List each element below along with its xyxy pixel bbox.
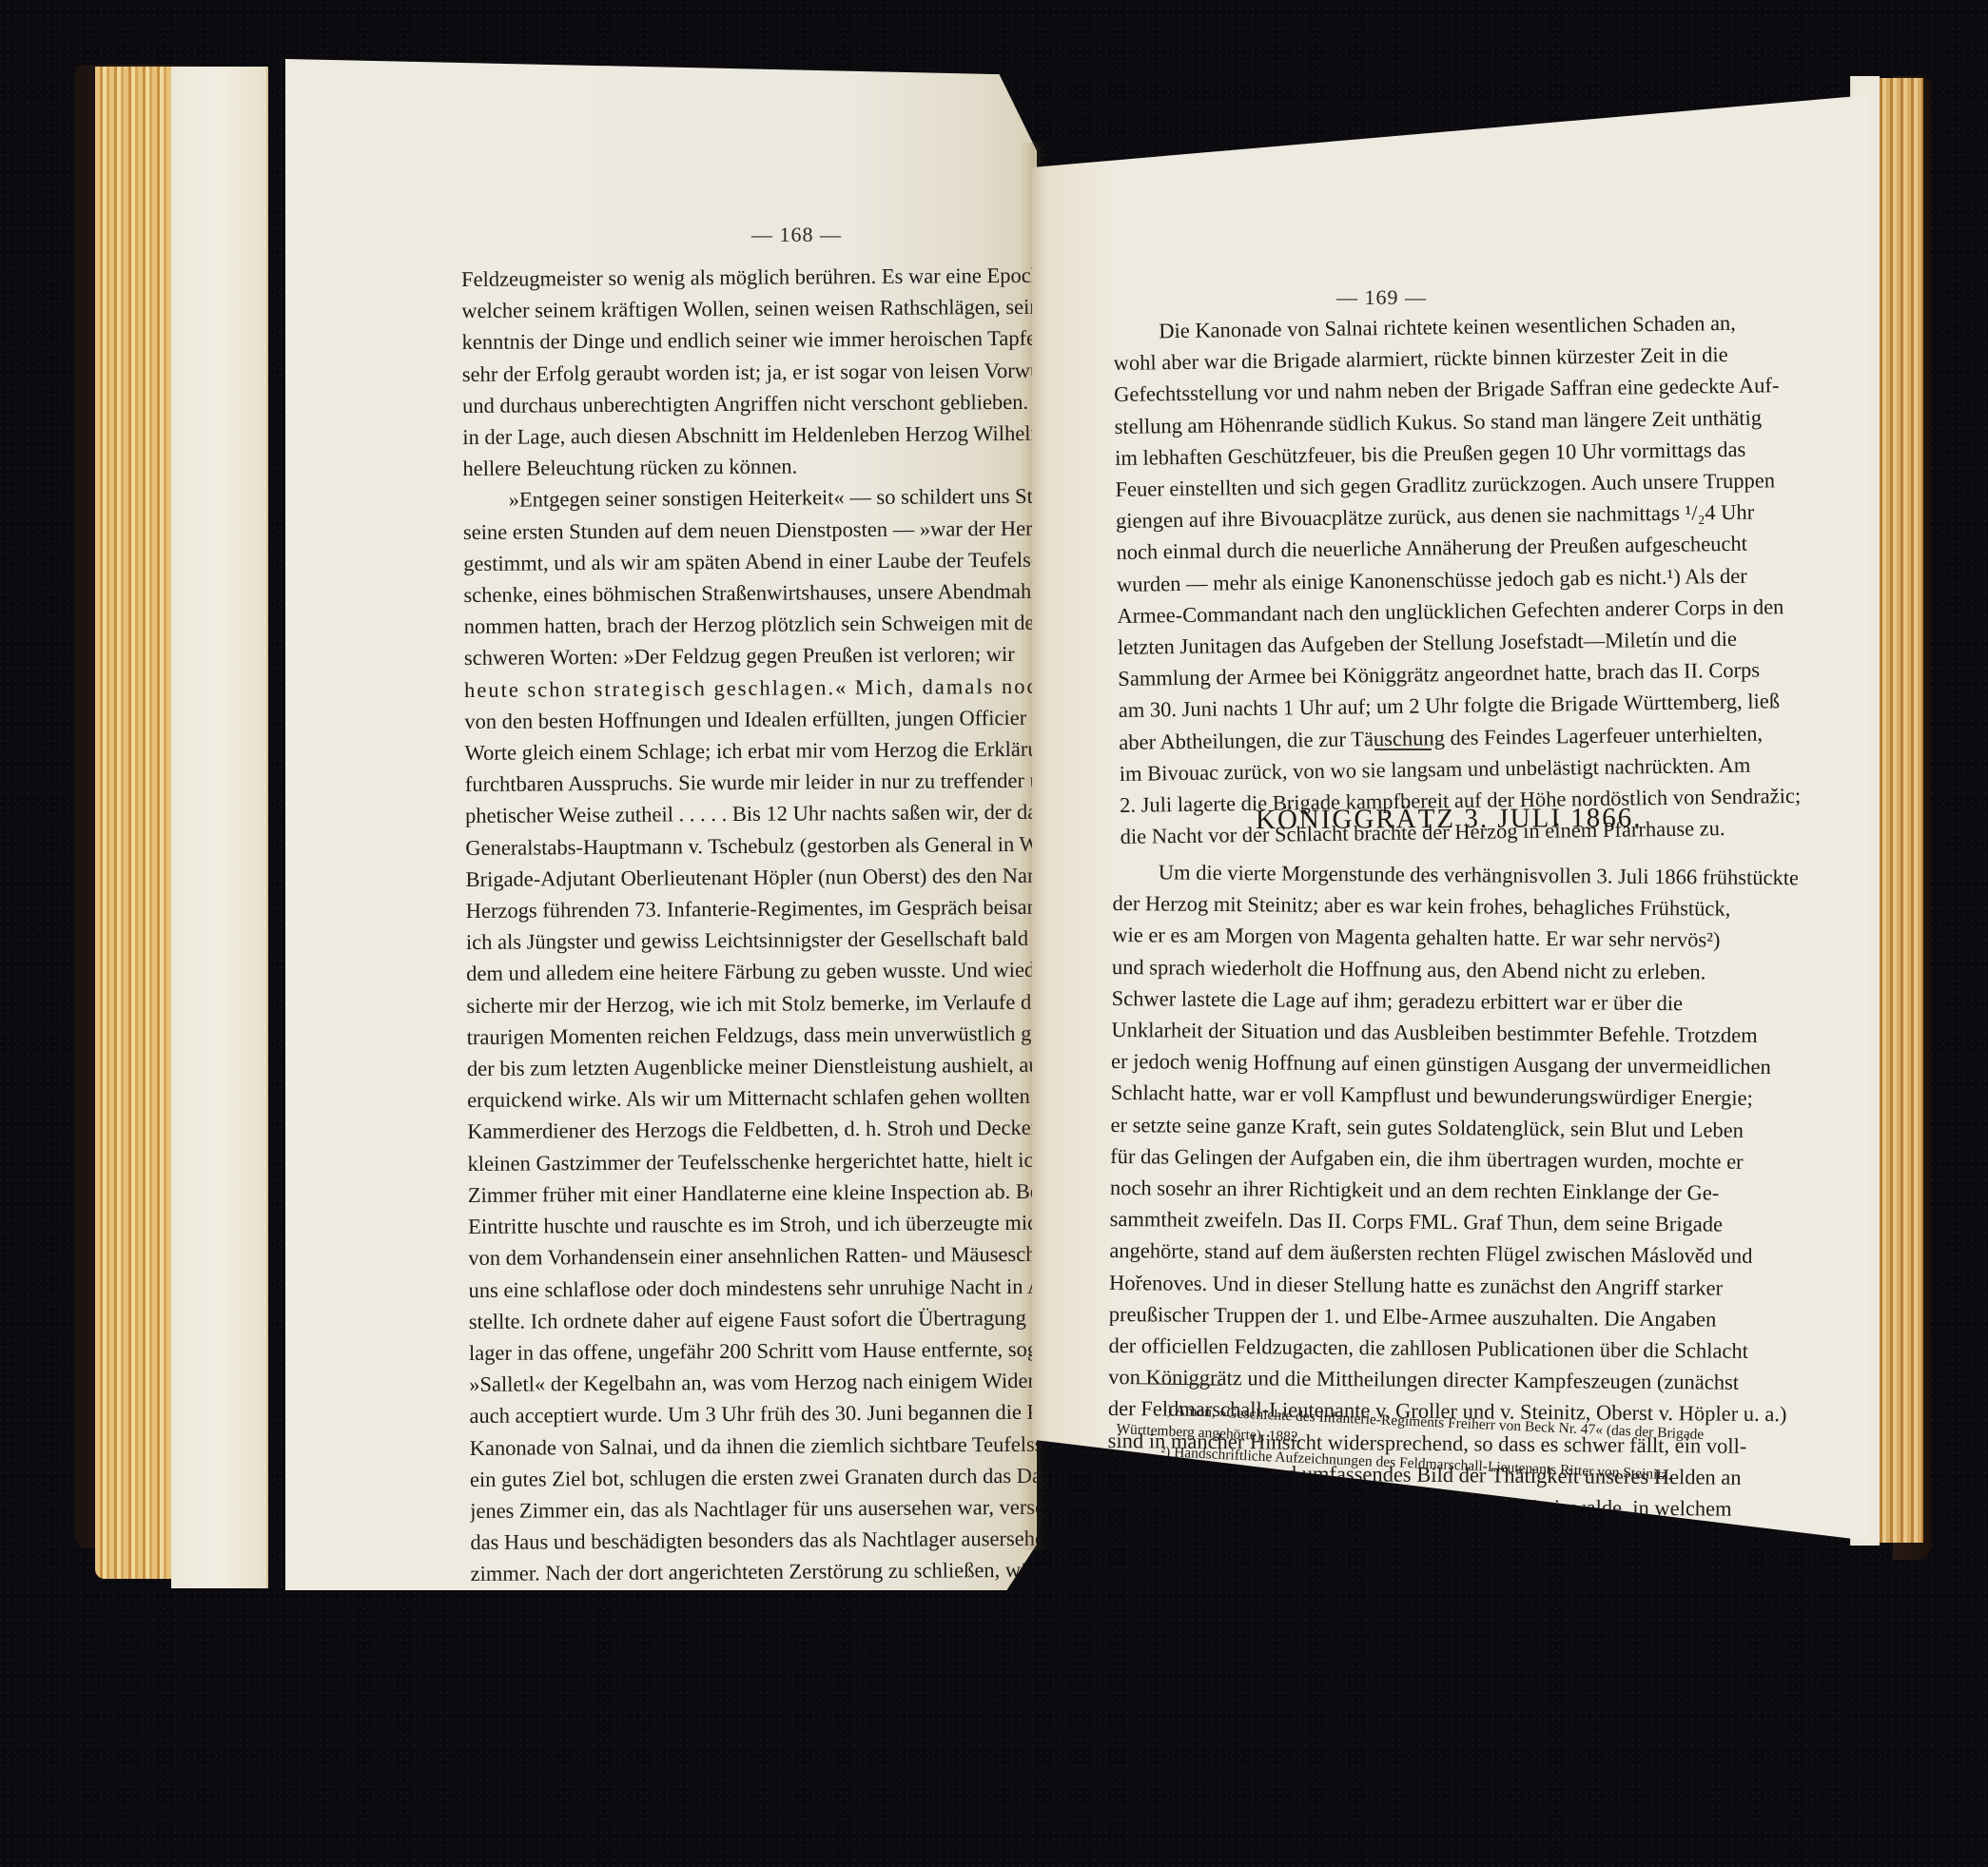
text-line: Eintritte huschte und rauschte es im Str… <box>468 1207 1037 1242</box>
text-line: heute schon strategisch geschlagen.« Mic… <box>464 670 1035 705</box>
text-line: ein gutes Ziel bot, schlugen die ersten … <box>470 1459 1037 1494</box>
text-line: phetischer Weise zutheil . . . . . Bis 1… <box>465 796 1036 831</box>
text-line: Brigade-Adjutant Oberlieutenant Höpler (… <box>465 860 1036 895</box>
text-line: das Haus und beschädigten besonders das … <box>470 1523 1037 1558</box>
text-line: schenke, eines böhmischen Straßenwirtsha… <box>463 575 1034 611</box>
text-line: hellere Beleuchtung rücken zu können. <box>462 449 1033 484</box>
text-line: zimmer. Nach der dort angerichteten Zers… <box>471 1554 1037 1589</box>
left-page-body: Feldzeugmeister so wenig als möglich ber… <box>461 260 1037 1590</box>
section-divider <box>1374 749 1432 750</box>
text-line: sicherte mir der Herzog, wie ich mit Sto… <box>466 985 1037 1021</box>
text-line: jenes Zimmer ein, das als Nachtlager für… <box>470 1491 1037 1527</box>
text-line: und durchaus unberechtigten Angriffen ni… <box>462 386 1033 421</box>
text-line: sehr der Erfolg geraubt worden ist; ja, … <box>462 354 1033 389</box>
text-line: Generalstabs-Hauptmann v. Tschebulz (ges… <box>465 827 1036 863</box>
text-line: Feldzeugmeister so wenig als möglich ber… <box>461 260 1032 295</box>
page-stack-left <box>171 67 268 1588</box>
page-number-left: — 168 — <box>751 223 842 247</box>
text-line: von dem Vorhandensein einer ansehnlichen… <box>468 1238 1037 1274</box>
text-line: in der Lage, auch diesen Abschnitt im He… <box>462 418 1033 453</box>
text-line: diesem Tage zu entrollen. Der blutige Ka… <box>1107 1488 1792 1525</box>
text-line: der bis zum letzten Augenblicke meiner D… <box>467 1049 1037 1084</box>
text-line: stellte. Ich ordnete daher auf eigene Fa… <box>469 1301 1037 1336</box>
book-photo: — 168 — Feldzeugmeister so wenig als mög… <box>0 0 1988 1867</box>
text-line: erquickend wirke. Als wir um Mitternacht… <box>467 1080 1037 1116</box>
text-line: von den besten Hoffnungen und Idealen er… <box>464 702 1035 737</box>
text-line: welcher seinem kräftigen Wollen, seinen … <box>461 291 1032 326</box>
text-line: kleinen Gastzimmer der Teufelsschenke he… <box>467 1143 1037 1178</box>
text-line: gestimmt, und als wir am späten Abend in… <box>463 544 1034 579</box>
page-number-right: — 169 — <box>1336 285 1427 310</box>
text-line: Zimmer früher mit einer Handlaterne eine… <box>468 1176 1037 1211</box>
text-line: traurigen Momenten reichen Feldzugs, das… <box>467 1018 1037 1053</box>
text-line: lager in das offene, ungefähr 200 Schrit… <box>469 1333 1037 1369</box>
text-line: nommen hatten, brach der Herzog plötzlic… <box>464 607 1035 642</box>
text-line: ich als Jüngster und gewiss Leichtsinnig… <box>466 923 1037 958</box>
text-line: dem und alledem eine heitere Färbung zu … <box>466 954 1037 989</box>
gilt-page-edge-right <box>1876 78 1923 1543</box>
chapter-title: KÖNIGGRÄTZ 3. JULI 1866. <box>1256 803 1643 836</box>
text-line: Kanonade von Salnai, und da ihnen die zi… <box>470 1428 1037 1463</box>
text-line: seine ersten Stunden auf dem neuen Diens… <box>463 512 1034 547</box>
text-line: »Salletl« der Kegelbahn an, was vom Herz… <box>469 1365 1037 1400</box>
text-line: uns eine schlaflose oder doch mindestens… <box>468 1270 1037 1305</box>
text-line: furchtbaren Ausspruchs. Sie wurde mir le… <box>465 765 1036 800</box>
text-line: Herzogs führenden 73. Infanterie-Regimen… <box>466 891 1037 926</box>
right-page-body-top: Die Kanonade von Salnai richtete keinen … <box>1113 306 1805 852</box>
text-line: Kammerdiener des Herzogs die Feldbetten,… <box>467 1112 1037 1147</box>
right-page: — 169 — Die Kanonade von Salnai richtete… <box>1032 95 1869 1541</box>
left-page: — 168 — Feldzeugmeister so wenig als mög… <box>285 59 1037 1590</box>
text-line: kenntnis der Dinge und endlich seiner wi… <box>461 322 1032 358</box>
text-line: Worte gleich einem Schlage; ich erbat mi… <box>464 733 1035 768</box>
text-line: auch acceptiert wurde. Um 3 Uhr früh des… <box>469 1396 1037 1431</box>
text-line: schweren Worten: »Der Feldzug gegen Preu… <box>464 638 1035 673</box>
book-gutter <box>1020 143 1046 1550</box>
text-line: »Entgegen seiner sonstigen Heiterkeit« —… <box>463 480 1034 515</box>
